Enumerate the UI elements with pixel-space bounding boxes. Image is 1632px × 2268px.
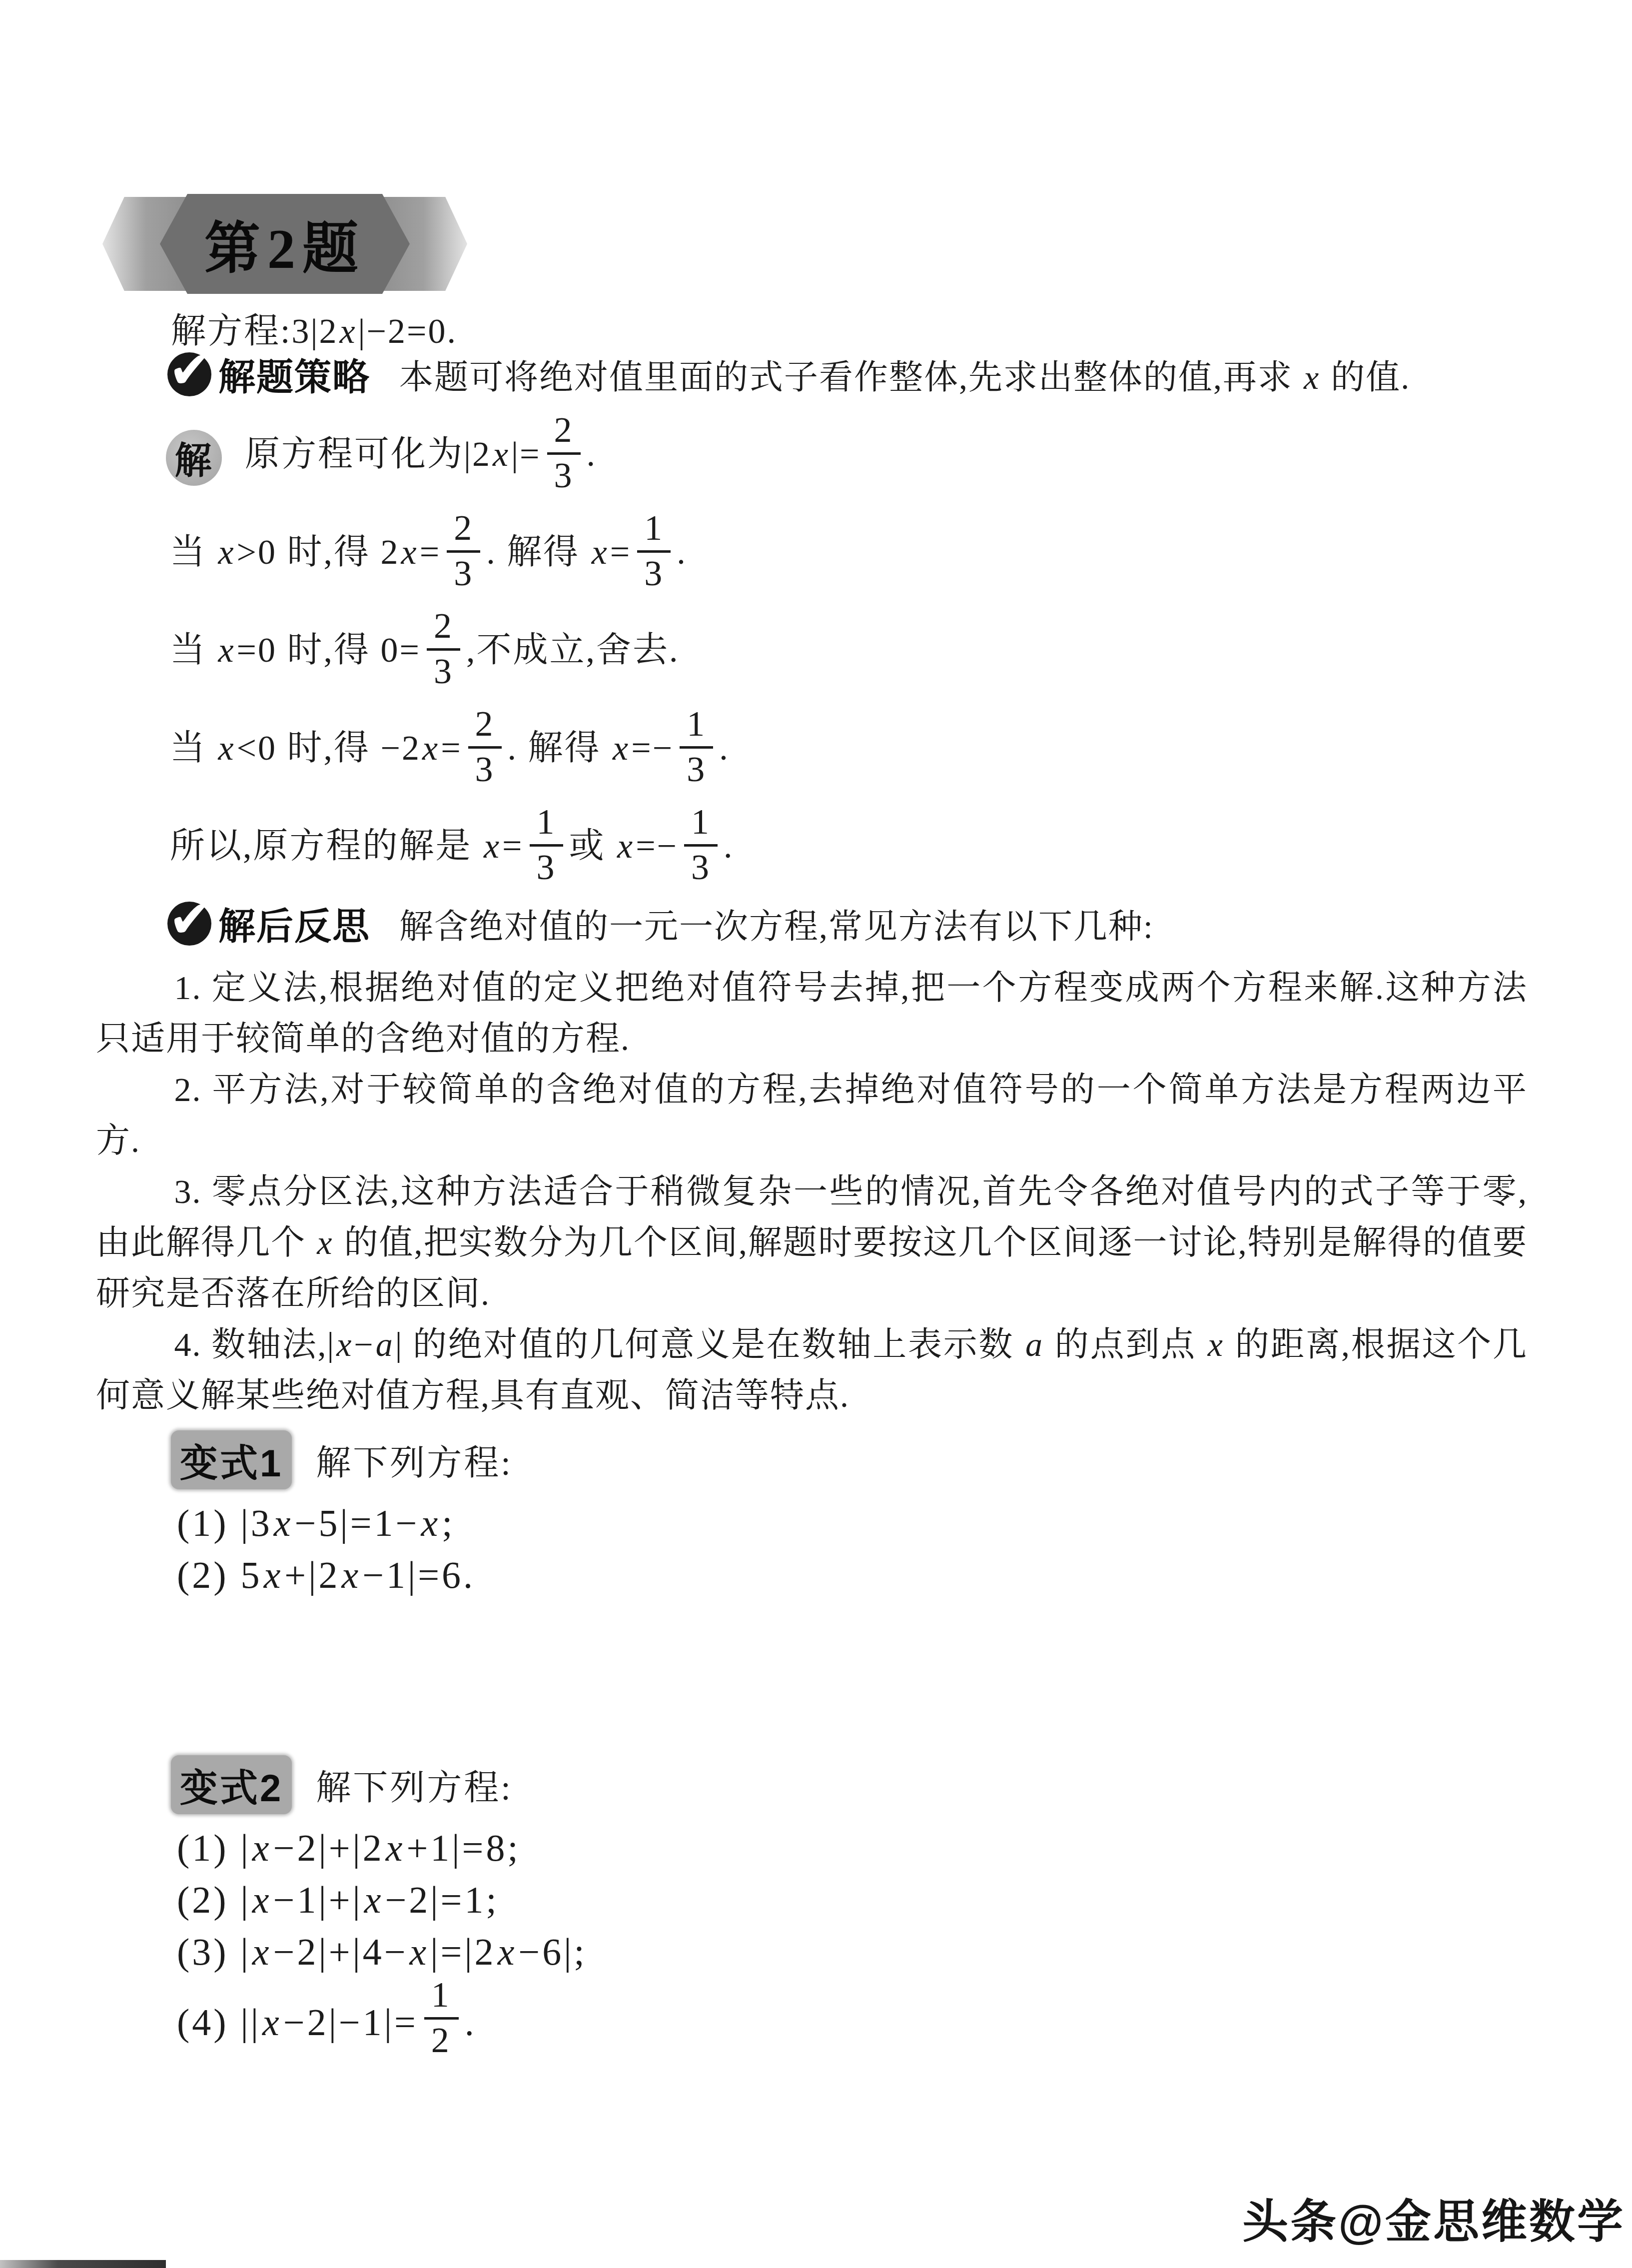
solution-label-badge: 解 — [166, 430, 222, 486]
equation-item: (1) |3x−5|=1−x; — [177, 1497, 513, 1549]
solution-line: 所以,原方程的解是 x=13或 x=−13. — [96, 801, 734, 899]
solution-line: 当 x>0 时,得 2x=23. 解得 x=13. — [96, 507, 734, 605]
variation1-equations: (1) |3x−5|=1−x; (2) 5x+|2x−1|=6. — [171, 1497, 513, 1601]
reflection-intro: 解含绝对值的一元一次方程,常见方法有以下几种: — [399, 900, 1154, 948]
reflection-section: ✔ 解后反思 解含绝对值的一元一次方程,常见方法有以下几种: 1. 定义法,根据… — [96, 897, 1528, 1421]
solution-line: 当 x<0 时,得 −2x=23. 解得 x=−13. — [96, 703, 734, 801]
equation-item: (4) ||x−2|−1|=12. — [177, 1981, 587, 2064]
strategy-section: ✔ 解题策略 本题可将绝对值里面的式子看作整体,先求出整体的值,再求 x 的值. — [167, 348, 1410, 401]
check-circle-icon: ✔ — [167, 352, 211, 396]
equation-item: (1) |x−2|+|2x+1|=8; — [177, 1822, 587, 1874]
reflection-item-number-line-method: 4. 数轴法,|x−a| 的绝对值的几何意义是在数轴上表示数 a 的点到点 x … — [96, 1319, 1528, 1421]
variation2-badge: 变式2 — [171, 1755, 292, 1814]
reflection-heading: ✔ 解后反思 解含绝对值的一元一次方程,常见方法有以下几种: — [167, 897, 1528, 950]
variation2-section: 变式2 解下列方程: (1) |x−2|+|2x+1|=8; (2) |x−1|… — [171, 1755, 587, 2064]
watermark-text: 头条@金思维数学 — [1242, 2185, 1625, 2251]
strategy-text: 本题可将绝对值里面的式子看作整体,先求出整体的值,再求 x 的值. — [399, 350, 1410, 399]
reflection-item-definition-method: 1. 定义法,根据绝对值的定义把绝对值符号去掉,把一个方程变成两个方程来解.这种… — [96, 962, 1528, 1064]
problem-number-badge: 第2题 — [102, 194, 467, 294]
check-glyph: ✔ — [168, 339, 212, 400]
variation2-title: 解下列方程: — [316, 1760, 512, 1810]
variation1-title: 解下列方程: — [316, 1435, 512, 1485]
variation1-section: 变式1 解下列方程: (1) |3x−5|=1−x; (2) 5x+|2x−1|… — [171, 1430, 513, 1601]
solution-line: 当 x=0 时,得 0=23,不成立,舍去. — [96, 605, 734, 703]
solution-case-positive: 当 x>0 时,得 2x=23. 解得 x=13. — [170, 514, 687, 597]
equation-item: (3) |x−2|+|4−x|=|2x−6|; — [177, 1926, 587, 1978]
reflection-item-zero-partition-method: 3. 零点分区法,这种方法适合于稍微复杂一些的情况,首先令各绝对值号内的式子等于… — [96, 1166, 1528, 1319]
solution-intro: 原方程可化为|2x|=23. — [245, 416, 597, 499]
problem-number-label: 第2题 — [204, 204, 365, 284]
solution-section: 解 原方程可化为|2x|=23. 当 x>0 时,得 2x=23. 解得 x=1… — [96, 409, 734, 899]
solution-conclusion: 所以,原方程的解是 x=13或 x=−13. — [170, 808, 734, 891]
scan-edge-artifact — [0, 2260, 166, 2268]
solution-case-zero: 当 x=0 时,得 0=23,不成立,舍去. — [170, 612, 680, 695]
ribbon-hexagon: 第2题 — [160, 194, 410, 294]
reflection-label: 解后反思 — [218, 897, 370, 950]
check-glyph: ✔ — [168, 889, 212, 950]
variation1-heading: 变式1 解下列方程: — [171, 1430, 513, 1489]
solution-case-negative: 当 x<0 时,得 −2x=23. 解得 x=−13. — [170, 710, 730, 793]
variation2-equations: (1) |x−2|+|2x+1|=8; (2) |x−1|+|x−2|=1; (… — [171, 1822, 587, 2064]
problem-statement: 解方程:3|2x|−2=0. — [171, 303, 457, 353]
variation1-label: 变式1 — [171, 1433, 292, 1487]
check-circle-icon: ✔ — [167, 902, 211, 946]
equation-item: (2) 5x+|2x−1|=6. — [177, 1549, 513, 1601]
variation2-label: 变式2 — [171, 1758, 292, 1812]
reflection-items: 1. 定义法,根据绝对值的定义把绝对值符号去掉,把一个方程变成两个方程来解.这种… — [96, 962, 1528, 1421]
variation1-badge: 变式1 — [171, 1430, 292, 1489]
textbook-page: { "header": { "badge": "第2题" }, "problem… — [0, 0, 1632, 2268]
variation2-heading: 变式2 解下列方程: — [171, 1755, 587, 1814]
reflection-item-squaring-method: 2. 平方法,对于较简单的含绝对值的方程,去掉绝对值符号的一个简单方法是方程两边… — [96, 1064, 1528, 1166]
strategy-label: 解题策略 — [218, 348, 370, 401]
solution-label: 解 — [175, 431, 213, 484]
equation-item: (2) |x−1|+|x−2|=1; — [177, 1874, 587, 1926]
solution-line: 解 原方程可化为|2x|=23. — [96, 409, 734, 507]
